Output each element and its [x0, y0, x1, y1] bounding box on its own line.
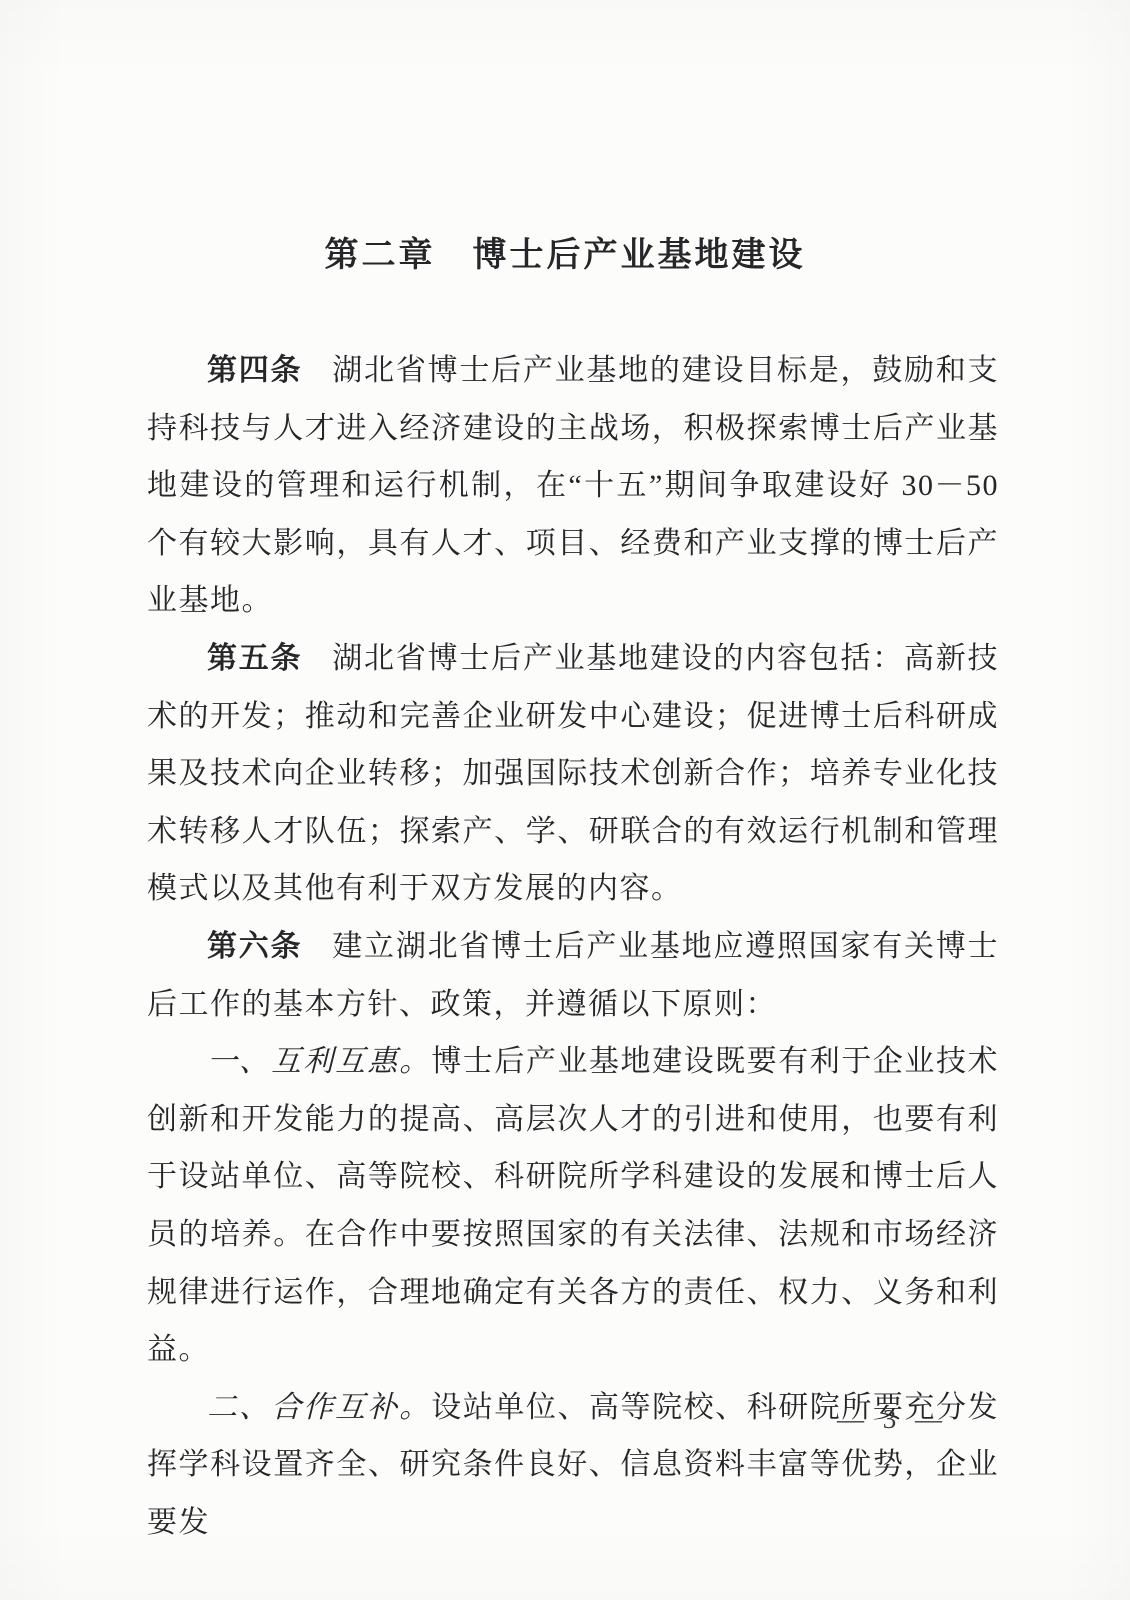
article-5-text: 湖北省博士后产业基地建设的内容包括：高新技术的开发；推动和完善企业研发中心建设；… — [147, 642, 999, 905]
article-4-text: 湖北省博士后产业基地的建设目标是，鼓励和支持科技与人才进入经济建设的主战场，积极… — [147, 354, 999, 617]
article-6-label: 第六条 — [207, 930, 302, 963]
document-body: 第四条湖北省博士后产业基地的建设目标是，鼓励和支持科技与人才进入经济建设的主战场… — [147, 342, 999, 1551]
principle-1-text: 博士后产业基地建设既要有利于企业技术创新和开发能力的提高、高层次人才的引进和使用… — [147, 1045, 999, 1366]
article-5-label: 第五条 — [207, 642, 302, 675]
document-page: 第二章 博士后产业基地建设 第四条湖北省博士后产业基地的建设目标是，鼓励和支持科… — [0, 0, 1130, 1600]
paragraph-article-6: 第六条建立湖北省博士后产业基地应遵照国家有关博士后工作的基本方针、政策，并遵循以… — [147, 918, 999, 1033]
page-number: — 3 — — [837, 1404, 948, 1434]
paragraph-article-5: 第五条湖北省博士后产业基地建设的内容包括：高新技术的开发；推动和完善企业研发中心… — [147, 630, 999, 918]
page-footer: — 3 — — [0, 1404, 1130, 1435]
paragraph-principle-1: 一、互利互惠。博士后产业基地建设既要有利于企业技术创新和开发能力的提高、高层次人… — [147, 1033, 999, 1379]
paragraph-article-4: 第四条湖北省博士后产业基地的建设目标是，鼓励和支持科技与人才进入经济建设的主战场… — [147, 342, 999, 630]
article-4-label: 第四条 — [207, 354, 302, 387]
principle-1-label: 一、互利互惠。 — [207, 1045, 431, 1078]
chapter-title: 第二章 博士后产业基地建设 — [0, 0, 1130, 276]
